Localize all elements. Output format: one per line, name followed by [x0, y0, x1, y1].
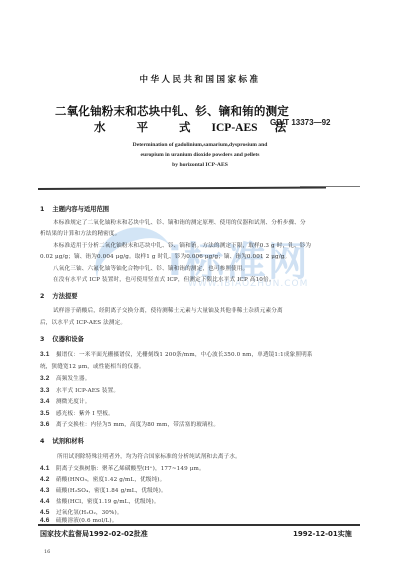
- footer-divider: [38, 524, 360, 526]
- section-1-para-3: 八氧化三铀、六氟化铀等铀化合物中钆、钐、镝和铕的测定，也可参照使用。: [53, 264, 248, 272]
- item-4-5: 4.5过氧化氢(H₂O₂，30%)。: [40, 508, 123, 516]
- title-horizontal-type: 水 平 式: [94, 120, 201, 134]
- document-title-line2: 水 平 式 ICP-AES 法: [94, 119, 286, 135]
- section-1-para-4: 在没有水平式 ICP 装置时，也可使用竖直式 ICP，但测定下限比水平式 ICP…: [53, 275, 274, 283]
- item-3-4: 3.4测微光度计。: [40, 397, 90, 405]
- section-3-heading: 3仪器和设备: [40, 334, 84, 343]
- item-4-6: 4.6硫酸溶液(0.6 mol/L)。: [40, 516, 117, 524]
- header-divider-tail: [300, 186, 360, 187]
- item-4-2: 4.2硝酸(HNO₃，密度1.42 g/mL，优级纯)。: [40, 475, 165, 483]
- section-1-para-1-cont: 析结果的计算和方法的精密度。: [40, 229, 120, 237]
- section-4-heading: 4试剂和材料: [40, 436, 84, 445]
- section-1-para-2-cont: 0.02 μg/g；镝、铕为0.004 μg/g。取样1 g 时钆、钐为0.00…: [40, 252, 290, 260]
- implementation-date: 1992-12-01实施: [293, 529, 352, 539]
- header-divider: [38, 186, 326, 189]
- item-3-3: 3.3水平式 ICP-AES 装置。: [40, 386, 119, 394]
- standard-number: GB/T 13373—92: [270, 118, 330, 127]
- title-method: ICP-AES: [212, 122, 258, 134]
- section-4-intro: 所用试剂除特殊注明者外，均为符合国家标准的分析纯试剂和去离子水。: [57, 452, 241, 460]
- national-standard-heading: 中华人民共和国国家标准: [0, 73, 400, 85]
- item-4-4: 4.4盐酸(HCl，密度1.19 g/mL，优级纯)。: [40, 497, 160, 505]
- section-2-heading: 2方法提要: [40, 291, 78, 300]
- item-4-3: 4.3硫酸(H₂SO₄，密度1.84 g/mL，优级纯)。: [40, 486, 167, 494]
- approval-date: 国家技术监督局1992-02-02批准: [40, 529, 148, 539]
- item-3-1-cont: 统，狭缝宽12 μm，或性能相当的仪器。: [40, 362, 145, 370]
- section-1-para-2: 本标准适用于分析二氧化铀粉末和芯块中钆、钐、镝和铕。方法的测定下限，取样0.3 …: [53, 241, 311, 249]
- english-title-line3: by horizontal ICP-AES: [0, 162, 400, 168]
- page-number: 16: [44, 549, 50, 555]
- item-4-1: 4.1阴离子交换树脂：聚苯乙烯磺酸型(H⁺)，177~149 μm。: [40, 464, 205, 472]
- item-3-6: 3.6离子交换柱：内径为5 mm，高度为80 mm，带活塞的玻璃柱。: [40, 420, 219, 428]
- section-2-para-1-cont: 后，以水平式 ICP-AES 法测定。: [40, 318, 126, 326]
- english-title-line2: europium in uranium dioxide powders and …: [0, 152, 400, 158]
- document-page: i标准网 WWW.IBIAOZHUN.COM 中华人民共和国国家标准 二氧化铀粉…: [0, 0, 400, 579]
- item-3-5: 3.5感光板：紫外 I 型板。: [40, 409, 114, 417]
- document-title-line1: 二氧化铀粉末和芯块中钆、钐、镝和铕的测定: [55, 103, 289, 119]
- item-3-1: 3.1摄谱仪：一米平面光栅摄谱仪，光栅刻线1 200条/mm，中心波长350.0…: [40, 350, 313, 358]
- section-1-heading: 1主题内容与适用范围: [40, 204, 109, 213]
- section-2-para-1: 试样溶于硝酸后，经阴离子交换分离，使待测稀土元素与大量铀及其他非稀土杂质元素分离: [53, 306, 283, 314]
- section-1-para-1: 本标准规定了二氧化铀粉末和芯块中钆、钐、镝和铕的测定原理、使用的仪器和试剂、分析…: [53, 218, 306, 226]
- english-title-line1: Determination of gadolinium,samarium,dys…: [0, 142, 400, 148]
- item-3-2: 3.2高频发生器。: [40, 374, 90, 382]
